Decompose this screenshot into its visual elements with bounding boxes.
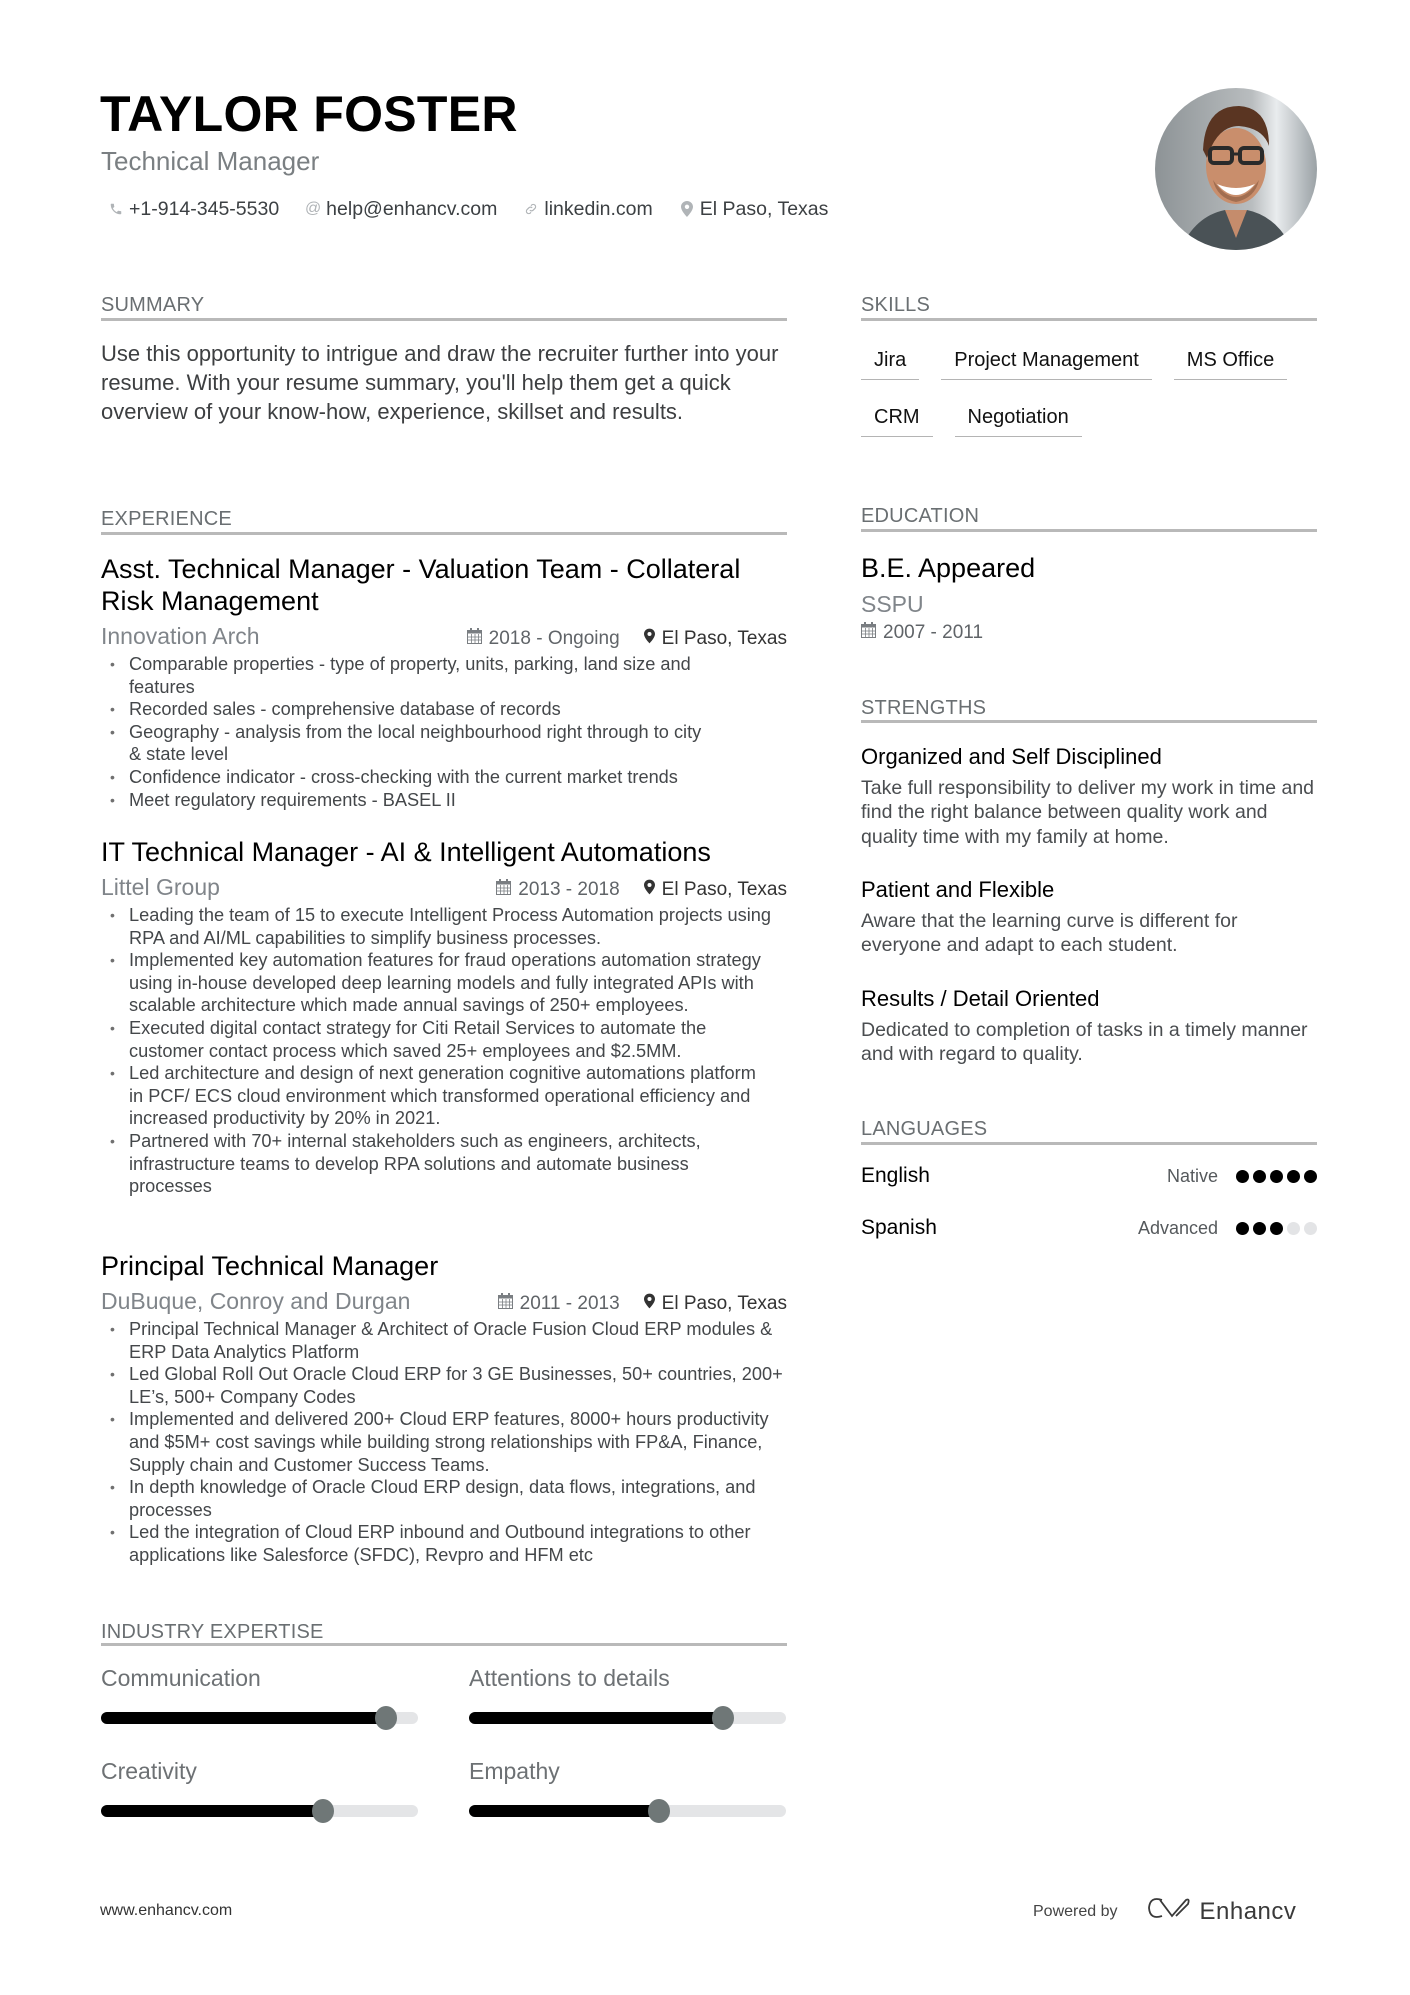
company-name: Innovation Arch [101,621,260,651]
summary-heading: SUMMARY [101,293,204,317]
strength-item: Organized and Self Disciplined Take full… [861,743,1321,849]
contact-linkedin-text: linkedin.com [544,197,652,221]
expertise-item: Communication [101,1664,418,1724]
languages-divider [861,1142,1317,1145]
expertise-slider [469,1805,786,1817]
bullet-item: Comparable properties - type of property… [101,653,787,698]
contact-bar: +1-914-345-5530 @ help@enhancv.com linke… [108,197,828,221]
expertise-label: Attentions to details [469,1664,786,1692]
expertise-item: Creativity [101,1757,418,1817]
strength-title: Patient and Flexible [861,876,1321,904]
expertise-label: Communication [101,1664,418,1692]
bullet-item: Principal Technical Manager & Architect … [101,1318,787,1363]
language-name: English [861,1164,930,1188]
location-pin-icon [644,879,655,901]
strength-title: Results / Detail Oriented [861,985,1321,1013]
summary-divider [101,318,787,321]
job-bullets: Comparable properties - type of property… [101,653,787,811]
experience-entry: Principal Technical Manager DuBuque, Con… [101,1250,787,1567]
bullet-item: Implemented and delivered 200+ Cloud ERP… [101,1408,787,1476]
language-level: Advanced [1138,1218,1218,1239]
contact-location: El Paso, Texas [679,197,829,221]
skills-divider [861,318,1317,321]
rating-dot-filled [1304,1170,1317,1183]
rating-dot-empty [1287,1222,1300,1235]
bullet-item: Recorded sales - comprehensive database … [101,698,787,721]
company-name: Littel Group [101,872,220,902]
bullet-item: Led the integration of Cloud ERP inbound… [101,1521,787,1566]
job-bullets: Leading the team of 15 to execute Intell… [101,904,787,1198]
language-rating [1236,1170,1317,1183]
education-dates: 2007 - 2011 [861,622,983,644]
rating-dot-filled [1270,1170,1283,1183]
link-icon [523,201,539,217]
skill-tag: MS Office [1174,345,1287,380]
calendar-icon [496,879,511,901]
experience-entry: IT Technical Manager - AI & Intelligent … [101,836,787,1198]
strengths-divider [861,720,1317,723]
bullet-item: In depth knowledge of Oracle Cloud ERP d… [101,1476,787,1521]
rating-dot-filled [1253,1170,1266,1183]
bullet-item: Leading the team of 15 to execute Intell… [101,904,787,949]
education-divider [861,529,1317,532]
bullet-item: Executed digital contact strategy for Ci… [101,1017,787,1062]
education-school: SSPU [861,589,924,619]
contact-phone-text: +1-914-345-5530 [129,197,279,221]
job-title: Principal Technical Manager [101,1250,787,1282]
location-pin-icon [644,1293,655,1315]
rating-dot-filled [1236,1222,1249,1235]
job-location: El Paso, Texas [644,628,787,650]
phone-icon [108,201,124,217]
experience-divider [101,532,787,535]
slider-knob [712,1706,734,1730]
contact-email-text: help@enhancv.com [326,197,497,221]
industry-expertise-divider [101,1643,787,1646]
expertise-slider [101,1712,418,1724]
job-location: El Paso, Texas [644,1293,787,1315]
rating-dot-filled [1236,1170,1249,1183]
company-name: DuBuque, Conroy and Durgan [101,1286,410,1316]
job-meta: DuBuque, Conroy and Durgan 2011 - 2013 E… [101,1286,787,1316]
job-title: Asst. Technical Manager - Valuation Team… [101,553,787,617]
languages-heading: LANGUAGES [861,1117,987,1141]
contact-email[interactable]: @ help@enhancv.com [305,197,497,221]
slider-knob [648,1799,670,1823]
job-dates: 2013 - 2018 [496,879,619,901]
strength-description: Aware that the learning curve is differe… [861,909,1321,958]
at-icon: @ [305,201,321,217]
bullet-item: Confidence indicator - cross-checking wi… [101,766,787,789]
skills-list: Jira Project Management MS Office CRM Ne… [861,345,1321,437]
language-row: English Native [861,1164,1317,1188]
location-pin-icon [679,201,695,217]
industry-expertise-heading: INDUSTRY EXPERTISE [101,1620,324,1644]
candidate-name: TAYLOR FOSTER [100,86,518,142]
contact-linkedin[interactable]: linkedin.com [523,197,652,221]
job-bullets: Principal Technical Manager & Architect … [101,1318,787,1567]
contact-phone[interactable]: +1-914-345-5530 [108,197,279,221]
job-dates: 2018 - Ongoing [467,628,620,650]
contact-location-text: El Paso, Texas [700,197,829,221]
job-title: IT Technical Manager - AI & Intelligent … [101,836,787,868]
strength-item: Patient and Flexible Aware that the lear… [861,876,1321,958]
strength-item: Results / Detail Oriented Dedicated to c… [861,985,1321,1067]
job-location: El Paso, Texas [644,879,787,901]
expertise-slider [469,1712,786,1724]
rating-dot-empty [1304,1222,1317,1235]
bullet-item: Partnered with 70+ internal stakeholders… [101,1130,787,1198]
skill-tag: Project Management [941,345,1152,380]
language-rating [1236,1222,1317,1235]
slider-knob [312,1799,334,1823]
expertise-item: Attentions to details [469,1664,786,1724]
job-meta: Littel Group 2013 - 2018 El Paso, Texas [101,872,787,902]
strength-description: Dedicated to completion of tasks in a ti… [861,1018,1321,1067]
candidate-title: Technical Manager [101,145,319,177]
education-heading: EDUCATION [861,504,979,528]
bullet-item: Geography - analysis from the local neig… [101,721,787,766]
profile-photo [1155,88,1317,250]
experience-entry: Asst. Technical Manager - Valuation Team… [101,553,787,811]
skills-heading: SKILLS [861,293,930,317]
job-meta: Innovation Arch 2018 - Ongoing El Paso, … [101,621,787,651]
rating-dot-filled [1253,1222,1266,1235]
bullet-item: Meet regulatory requirements - BASEL II [101,789,787,812]
skill-tag: Negotiation [955,402,1082,437]
slider-knob [375,1706,397,1730]
skill-tag: Jira [861,345,919,380]
calendar-icon [467,628,482,650]
rating-dot-filled [1287,1170,1300,1183]
language-row: Spanish Advanced [861,1216,1317,1240]
expertise-label: Creativity [101,1757,418,1785]
skill-tag: CRM [861,402,933,437]
expertise-slider [101,1805,418,1817]
enhancv-logo-icon [1146,1896,1192,1927]
summary-text: Use this opportunity to intrigue and dra… [101,340,791,426]
enhancv-logo-text: Enhancv [1200,1898,1297,1926]
education-degree: B.E. Appeared [861,552,1035,584]
expertise-item: Empathy [469,1757,786,1817]
powered-by-label: Powered by [1033,1903,1118,1921]
language-name: Spanish [861,1216,937,1240]
experience-heading: EXPERIENCE [101,507,232,531]
footer-branding[interactable]: Powered by Enhancv [1033,1896,1296,1927]
location-pin-icon [644,628,655,650]
language-level: Native [1167,1166,1218,1187]
strengths-heading: STRENGTHS [861,696,986,720]
footer-website-link[interactable]: www.enhancv.com [100,1902,232,1920]
job-dates: 2011 - 2013 [498,1293,620,1315]
calendar-icon [498,1293,513,1315]
rating-dot-filled [1270,1222,1283,1235]
bullet-item: Implemented key automation features for … [101,949,787,1017]
calendar-icon [861,622,876,644]
expertise-label: Empathy [469,1757,786,1785]
strength-description: Take full responsibility to deliver my w… [861,776,1321,849]
bullet-item: Led Global Roll Out Oracle Cloud ERP for… [101,1363,787,1408]
bullet-item: Led architecture and design of next gene… [101,1062,787,1130]
enhancv-logo: Enhancv [1146,1896,1297,1927]
strength-title: Organized and Self Disciplined [861,743,1321,771]
